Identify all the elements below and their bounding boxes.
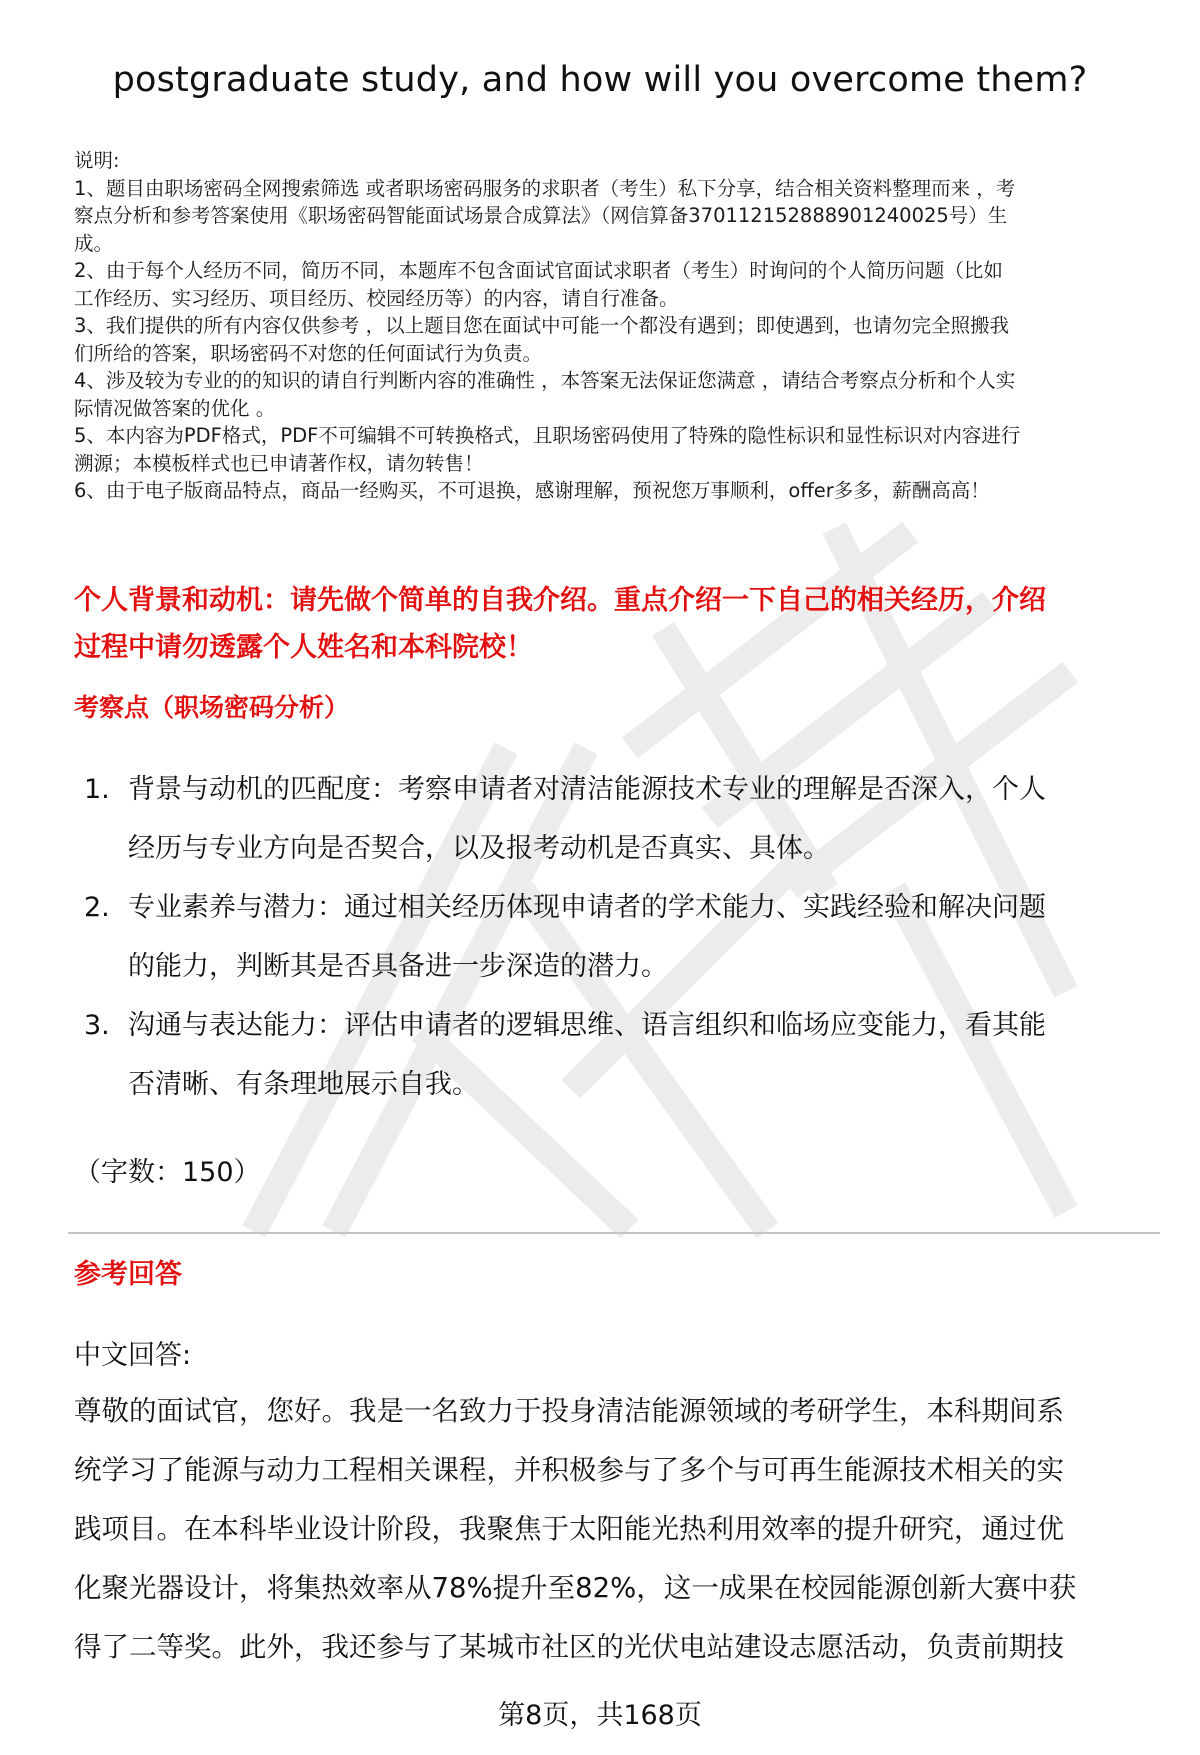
note-line: 2、由于每个人经历不同，简历不同，本题库不包含面试官面试求职者（考生）时询问的个… bbox=[74, 257, 1164, 285]
notes-section: 说明: 1、题目由职场密码全网搜索筛选 或者职场密码服务的求职者（考生）私下分享… bbox=[74, 147, 1164, 505]
note-line: 察点分析和参考答案使用《职场密码智能面试场景合成算法》（网信算备37011215… bbox=[74, 202, 1164, 230]
note-line: 5、本内容为PDF格式，PDF不可编辑不可转换格式，且职场密码使用了特殊的隐性标… bbox=[74, 422, 1164, 450]
analysis-point: 2. 专业素养与潜力：通过相关经历体现申请者的学术能力、实践经验和解决问题 的能… bbox=[84, 878, 1164, 996]
answer-line: 统学习了能源与动力工程相关课程，并积极参与了多个与可再生能源技术相关的实 bbox=[74, 1441, 1164, 1500]
note-line: 4、涉及较为专业的的知识的请自行判断内容的准确性 ，本答案无法保证您满意 ，请结… bbox=[74, 367, 1164, 395]
point-number: 2. bbox=[84, 878, 110, 937]
section-divider bbox=[68, 1232, 1160, 1234]
point-line: 专业素养与潜力：通过相关经历体现申请者的学术能力、实践经验和解决问题 bbox=[128, 878, 1164, 937]
answer-heading: 参考回答 bbox=[74, 1252, 182, 1291]
analysis-heading: 考察点（职场密码分析） bbox=[74, 688, 349, 724]
note-line: 溯源；本模板样式也已申请著作权，请勿转售！ bbox=[74, 450, 1164, 478]
note-line: 3、我们提供的所有内容仅供参考 ，以上题目您在面试中可能一个都没有遇到；即使遇到… bbox=[74, 312, 1164, 340]
note-line: 工作经历、实习经历、项目经历、校园经历等）的内容，请自行准备。 bbox=[74, 285, 1164, 313]
point-line: 否清晰、有条理地展示自我。 bbox=[128, 1055, 1164, 1114]
point-number: 1. bbox=[84, 760, 110, 819]
point-line: 沟通与表达能力：评估申请者的逻辑思维、语言组织和临场应变能力，看其能 bbox=[128, 996, 1164, 1055]
note-line: 际情况做答案的优化 。 bbox=[74, 395, 1164, 423]
answer-line: 化聚光器设计，将集热效率从78%提升至82%，这一成果在校园能源创新大赛中获 bbox=[74, 1559, 1164, 1618]
point-line: 背景与动机的匹配度：考察申请者对清洁能源技术专业的理解是否深入，个人 bbox=[128, 760, 1164, 819]
point-line: 的能力，判断其是否具备进一步深造的潜力。 bbox=[128, 937, 1164, 996]
answer-line: 尊敬的面试官，您好。我是一名致力于投身清洁能源领域的考研学生，本科期间系 bbox=[74, 1382, 1164, 1441]
answer-line: 得了二等奖。此外，我还参与了某城市社区的光伏电站建设志愿活动，负责前期技 bbox=[74, 1618, 1164, 1677]
word-count: （字数：150） bbox=[74, 1150, 261, 1189]
point-number: 3. bbox=[84, 996, 110, 1055]
answer-body: 尊敬的面试官，您好。我是一名致力于投身清洁能源领域的考研学生，本科期间系 统学习… bbox=[74, 1382, 1164, 1677]
answer-subheading: 中文回答: bbox=[74, 1333, 191, 1372]
answer-line: 践项目。在本科毕业设计阶段，我聚焦于太阳能光热利用效率的提升研究，通过优 bbox=[74, 1500, 1164, 1559]
note-line: 成。 bbox=[74, 230, 1164, 258]
note-line: 1、题目由职场密码全网搜索筛选 或者职场密码服务的求职者（考生）私下分享，结合相… bbox=[74, 175, 1164, 203]
question-line: 个人背景和动机：请先做个简单的自我介绍。重点介绍一下自己的相关经历，介绍 bbox=[74, 577, 1164, 624]
analysis-points-list: 1. 背景与动机的匹配度：考察申请者对清洁能源技术专业的理解是否深入，个人 经历… bbox=[84, 760, 1164, 1114]
point-line: 经历与专业方向是否契合，以及报考动机是否真实、具体。 bbox=[128, 819, 1164, 878]
notes-label: 说明: bbox=[74, 147, 1164, 175]
note-line: 6、由于电子版商品特点，商品一经购买，不可退换，感谢理解，预祝您万事顺利，off… bbox=[74, 477, 1164, 505]
analysis-point: 3. 沟通与表达能力：评估申请者的逻辑思维、语言组织和临场应变能力，看其能 否清… bbox=[84, 996, 1164, 1114]
analysis-point: 1. 背景与动机的匹配度：考察申请者对清洁能源技术专业的理解是否深入，个人 经历… bbox=[84, 760, 1164, 878]
page-indicator: 第8页，共168页 bbox=[0, 1693, 1200, 1732]
interview-question-heading: 个人背景和动机：请先做个简单的自我介绍。重点介绍一下自己的相关经历，介绍 过程中… bbox=[74, 577, 1164, 671]
note-line: 们所给的答案，职场密码不对您的任何面试行为负责。 bbox=[74, 340, 1164, 368]
question-title-fragment: postgraduate study, and how will you ove… bbox=[0, 60, 1200, 100]
question-line: 过程中请勿透露个人姓名和本科院校！ bbox=[74, 624, 1164, 671]
